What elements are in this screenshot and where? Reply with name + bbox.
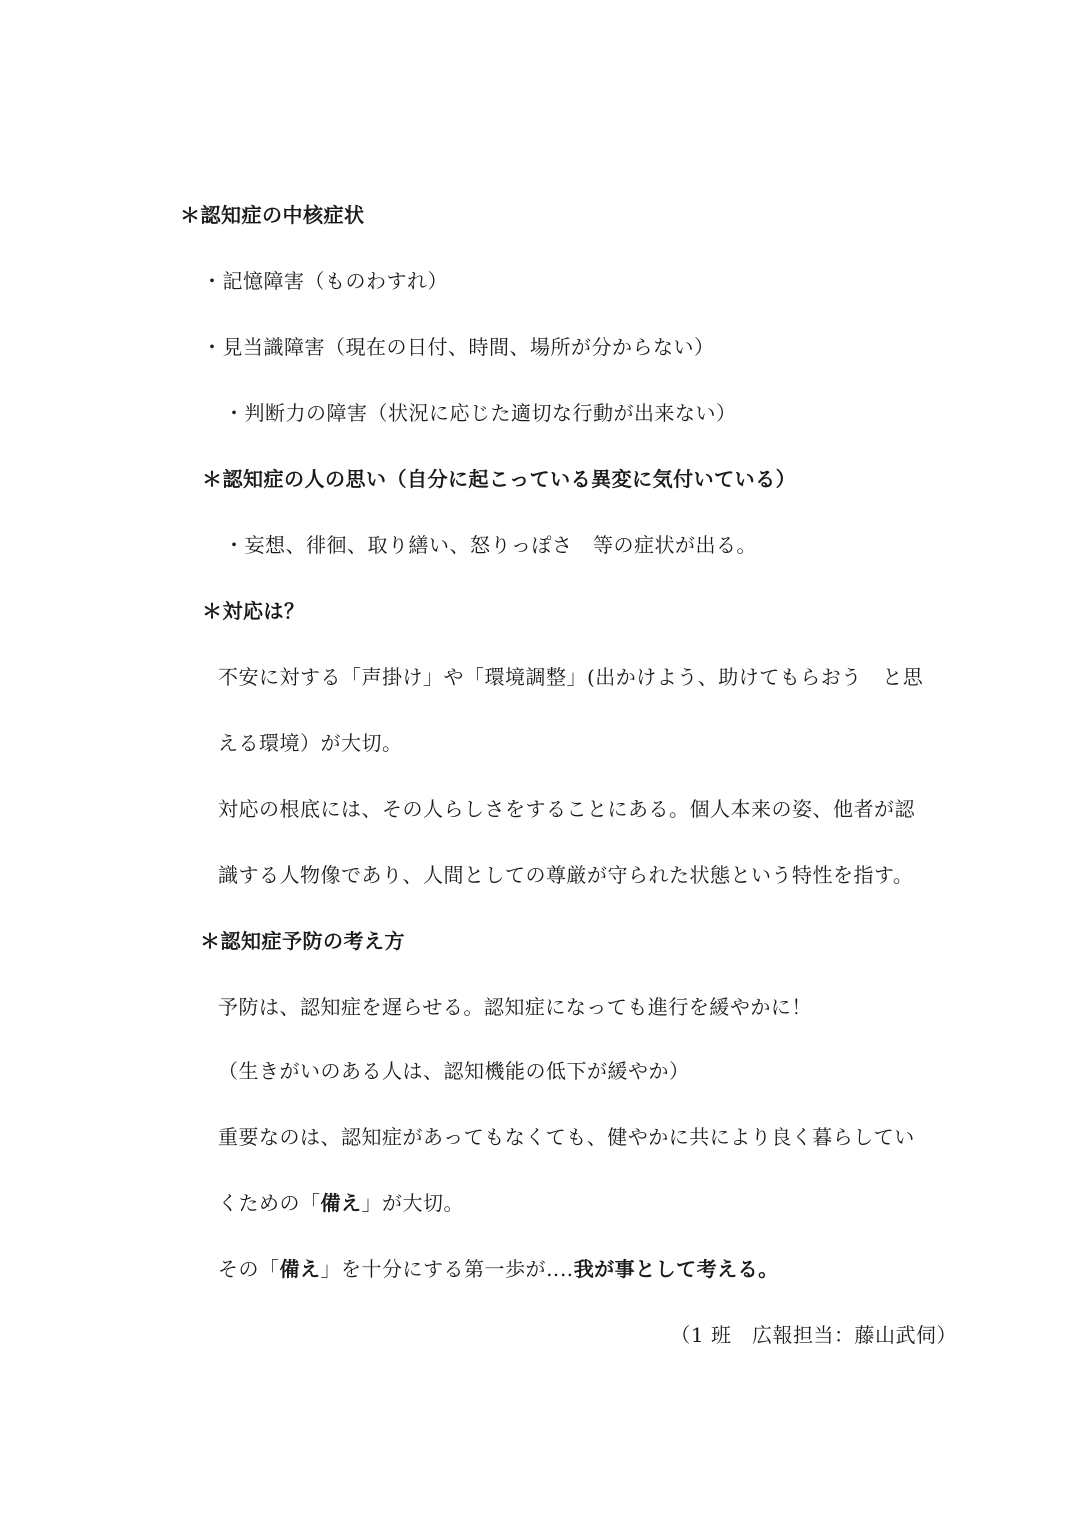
paragraph-line: 対応の根底には、その人らしさをすることにある。個人本来の姿、他者が認	[218, 796, 915, 822]
text: 」を十分にする第一歩が‥‥	[321, 1257, 574, 1281]
emphasis-conclusion: 我が事として考える。	[574, 1257, 779, 1281]
emphasis-sonae: 備え	[321, 1191, 362, 1215]
text: くための「	[218, 1191, 321, 1215]
paragraph-line: くための「備え」が大切。	[218, 1190, 464, 1216]
list-item: ・記憶障害（ものわすれ）	[202, 268, 448, 294]
heading-patient-feelings: ＊認知症の人の思い（自分に起こっている異変に気付いている）	[202, 466, 796, 492]
list-item: ・妄想、徘徊、取り繕い、怒りっぽさ 等の症状が出る。	[224, 532, 757, 558]
paragraph-line: 重要なのは、認知症があってもなくても、健やかに共により良く暮らしてい	[218, 1124, 915, 1150]
paragraph-line: 不安に対する「声掛け」や「環境調整」(出かけよう、助けてもらおう と思	[218, 664, 923, 690]
list-item: ・判断力の障害（状況に応じた適切な行動が出来ない）	[224, 400, 737, 426]
heading-response: ＊対応は？	[202, 598, 305, 624]
text: その「	[218, 1257, 280, 1281]
paragraph-line: える環境）が大切。	[218, 730, 403, 756]
signature: （1 班 広報担当：藤山武伺）	[670, 1322, 957, 1348]
list-item: ・見当識障害（現在の日付、時間、場所が分からない）	[202, 334, 715, 360]
text: 」が大切。	[362, 1191, 465, 1215]
heading-prevention: ＊認知症予防の考え方	[200, 928, 405, 954]
paragraph-line: その「備え」を十分にする第一歩が‥‥我が事として考える。	[218, 1256, 779, 1282]
heading-core-symptoms: ＊認知症の中核症状	[180, 202, 365, 228]
paragraph-line: （生きがいのある人は、認知機能の低下が緩やか）	[218, 1058, 690, 1084]
emphasis-sonae: 備え	[280, 1257, 321, 1281]
paragraph-line: 識する人物像であり、人間としての尊厳が守られた状態という特性を指す。	[218, 862, 913, 888]
paragraph-line: 予防は、認知症を遅らせる。認知症になっても進行を緩やかに！	[218, 994, 812, 1020]
